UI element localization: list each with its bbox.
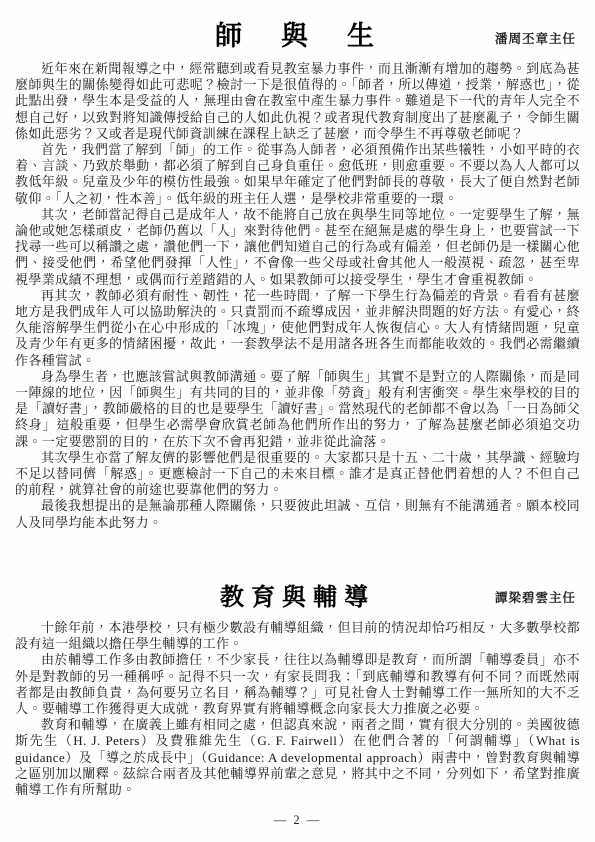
article-1-header: 師 與 生 潘周丕章主任: [15, 8, 580, 53]
article-1-paragraph: 其次，老師當記得自己是成年人，故不能將自己放在與學生同等地位。一定要學生了解，無…: [15, 207, 580, 288]
article-1-author: 潘周丕章主任: [495, 29, 576, 47]
article-1-body: 近年來在新聞報導之中，經常聽到或看見教室暴力事件，而且漸漸有增加的趨勢。到底為甚…: [15, 61, 580, 531]
article-1-paragraph: 首先，我們當了解到「師」的工作。從事為人師者，必須預備作出某些犧牲，小如平時的衣…: [15, 142, 580, 207]
article-1-title: 師 與 生: [215, 14, 380, 53]
article-1-paragraph: 其次學生亦當了解友儕的影響他們是很重要的。大家都只是十五、二十歲，其學識、經驗均…: [15, 450, 580, 499]
article-2-title: 教育與輔導: [220, 577, 375, 612]
article-1-paragraph: 再其次，教師必須有耐性、韌性，花一些時間，了解一下學生行為偏差的背景。看看有甚麼…: [15, 288, 580, 369]
article-1-paragraph: 身為學生者，也應該嘗試與教師溝通。要了解「師與生」其實不是對立的人際關係，而是同…: [15, 369, 580, 450]
page-number: — 2 —: [0, 813, 595, 828]
article-1-paragraph: 近年來在新聞報導之中，經常聽到或看見教室暴力事件，而且漸漸有增加的趨勢。到底為甚…: [15, 61, 580, 142]
document-page: 師 與 生 潘周丕章主任 近年來在新聞報導之中，經常聽到或看見教室暴力事件，而且…: [0, 0, 595, 842]
article-2-author: 譚梁碧雲主任: [495, 588, 576, 606]
article-2-header: 教育與輔導 譚梁碧雲主任: [15, 571, 580, 612]
article-2-paragraph: 教育和輔導，在廣義上雖有相同之處，但認真來說，兩者之間，實有很大分別的。美國彼德…: [15, 717, 580, 798]
article-1-paragraph: 最後我想提出的是無論那種人際關係，只要彼此坦誠、互信，則無有不能溝通者。願本校同…: [15, 498, 580, 530]
article-2-body: 十餘年前，本港學校，只有極少數設有輔導組織，但目前的情況却恰巧相反，大多數學校都…: [15, 620, 580, 798]
article-2-paragraph: 由於輔導工作多由教師擔任，不少家長，往往以為輔導即是教育，而所謂「輔導委員」亦不…: [15, 652, 580, 717]
article-jiaoyu-yu-fudao: 教育與輔導 譚梁碧雲主任 十餘年前，本港學校，只有極少數設有輔導組織，但目前的情…: [15, 571, 580, 798]
article-shi-yu-sheng: 師 與 生 潘周丕章主任 近年來在新聞報導之中，經常聽到或看見教室暴力事件，而且…: [15, 8, 580, 531]
article-2-paragraph: 十餘年前，本港學校，只有極少數設有輔導組織，但目前的情況却恰巧相反，大多數學校都…: [15, 620, 580, 652]
